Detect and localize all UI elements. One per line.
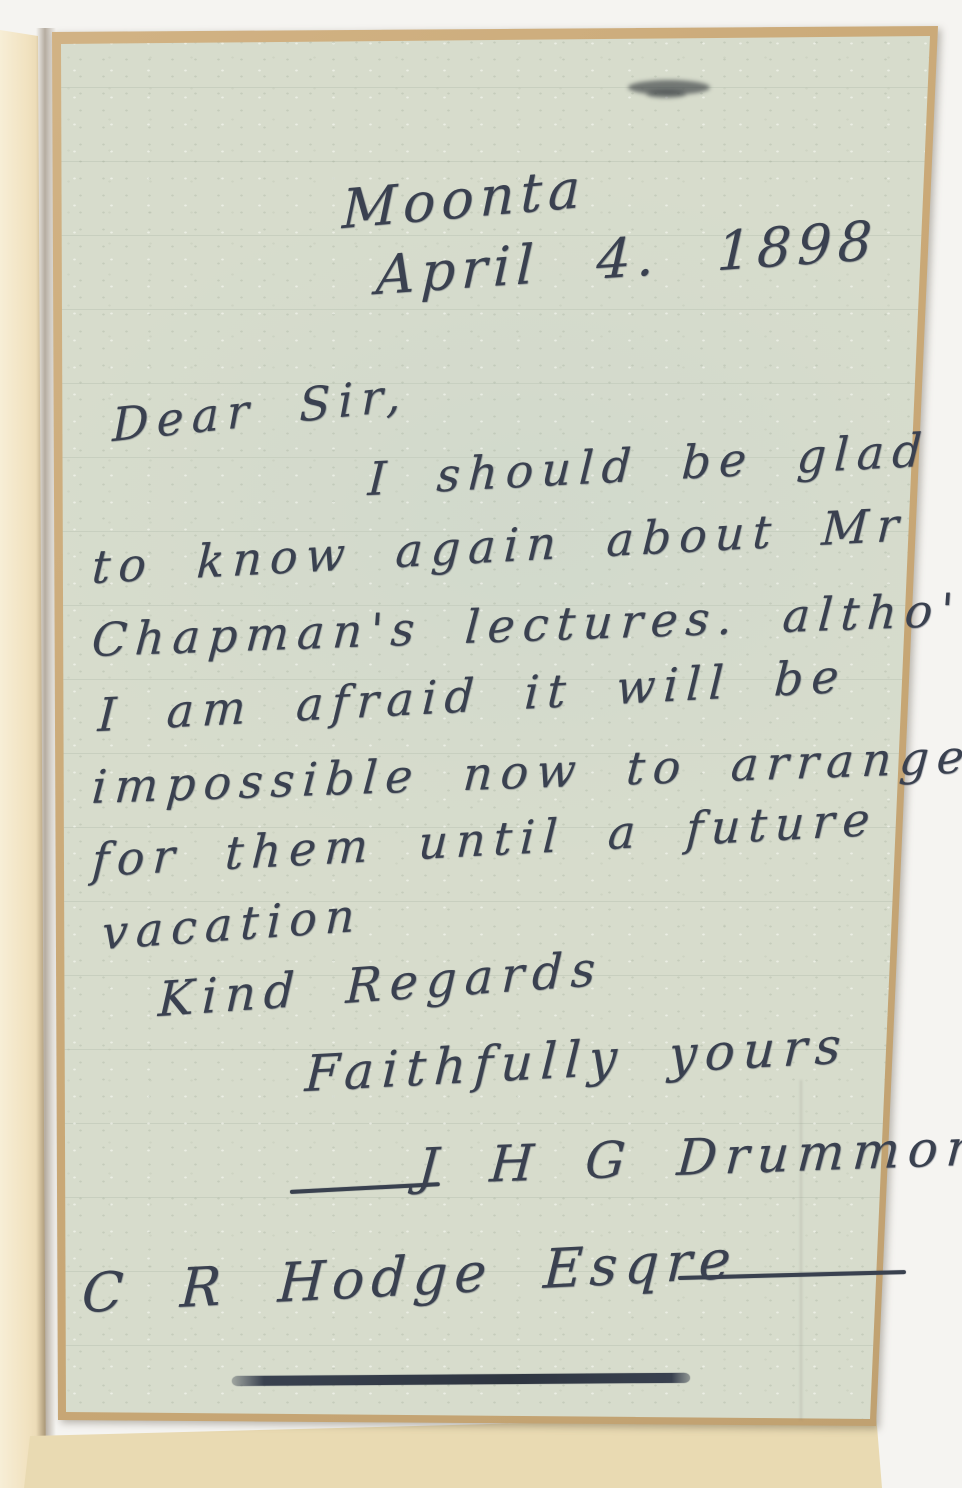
- scan-background: { "document_type": "handwritten-letter-s…: [0, 0, 962, 1488]
- ink-smudge: [646, 90, 686, 98]
